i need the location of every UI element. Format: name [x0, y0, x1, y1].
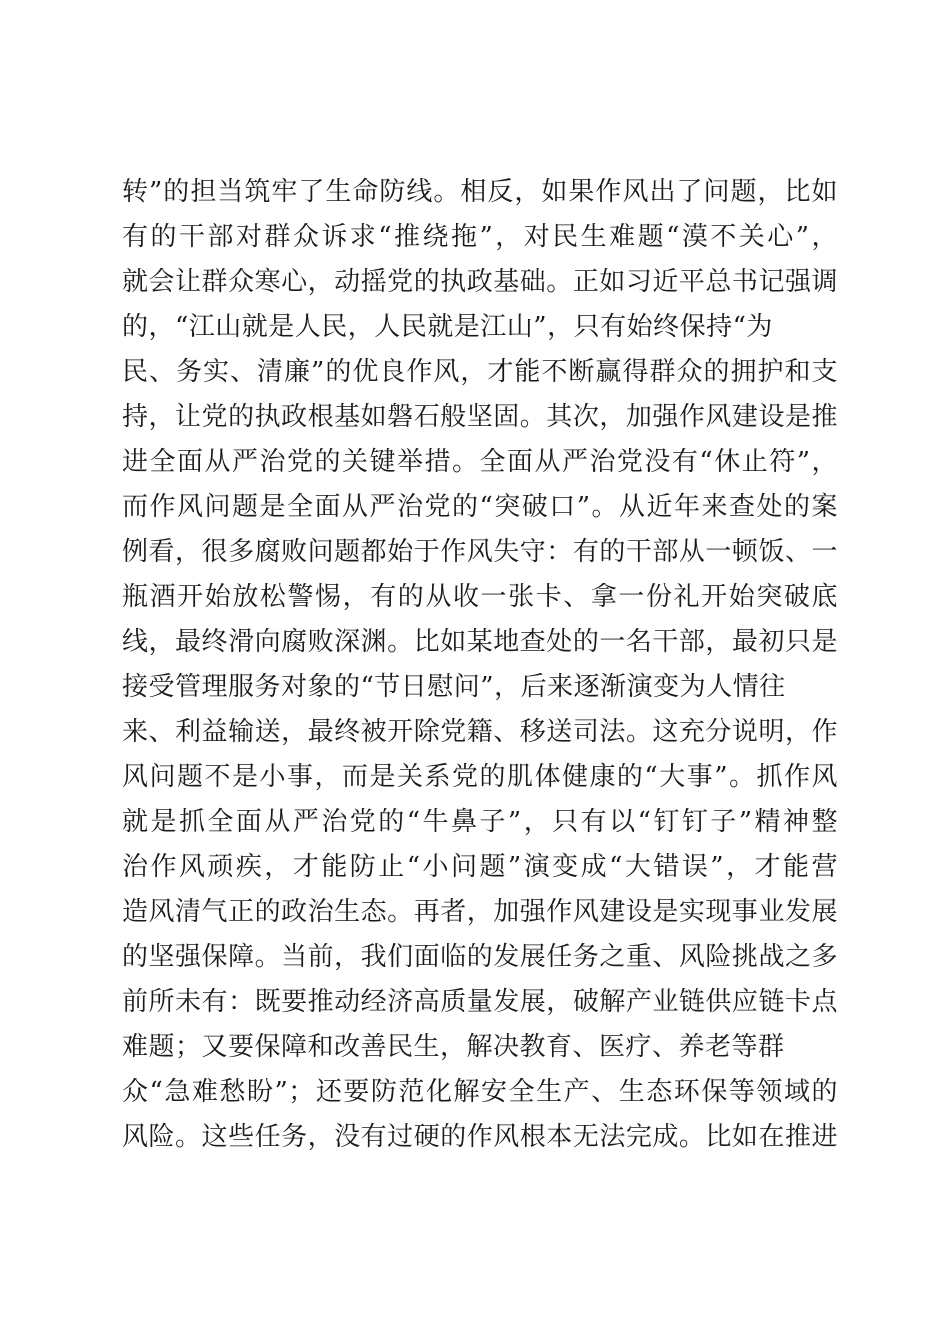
text-line: 的，“江山就是人民，人民就是江山”，只有始终保持“为 [122, 305, 838, 350]
text-line: 造风清气正的政治生态。再者，加强作风建设是实现事业发展 [122, 890, 838, 935]
text-line: 转”的担当筑牢了生命防线。相反，如果作风出了问题，比如 [122, 170, 838, 215]
text-line: 进全面从严治党的关键举措。全面从严治党没有“休止符”， [122, 440, 838, 485]
text-line: 前所未有：既要推动经济高质量发展，破解产业链供应链卡点 [122, 980, 838, 1025]
text-line: 难题；又要保障和改善民生，解决教育、医疗、养老等群 [122, 1025, 838, 1070]
text-line: 例看，很多腐败问题都始于作风失守：有的干部从一顿饭、一 [122, 530, 838, 575]
text-line: 民、务实、清廉”的优良作风，才能不断赢得群众的拥护和支 [122, 350, 838, 395]
text-line: 持，让党的执政根基如磐石般坚固。其次，加强作风建设是推 [122, 395, 838, 440]
text-line: 就是抓全面从严治党的“牛鼻子”，只有以“钉钉子”精神整 [122, 800, 838, 845]
text-line: 有的干部对群众诉求“推绕拖”，对民生难题“漠不关心”， [122, 215, 838, 260]
paragraph-text: 转”的担当筑牢了生命防线。相反，如果作风出了问题，比如 有的干部对群众诉求“推绕… [122, 170, 838, 1160]
text-line: 线，最终滑向腐败深渊。比如某地查处的一名干部，最初只是 [122, 620, 838, 665]
text-line: 治作风顽疾，才能防止“小问题”演变成“大错误”，才能营 [122, 845, 838, 890]
text-line: 瓶酒开始放松警惕，有的从收一张卡、拿一份礼开始突破底 [122, 575, 838, 620]
text-line: 接受管理服务对象的“节日慰问”，后来逐渐演变为人情往 [122, 665, 838, 710]
text-line: 而作风问题是全面从严治党的“突破口”。从近年来查处的案 [122, 485, 838, 530]
document-page: 转”的担当筑牢了生命防线。相反，如果作风出了问题，比如 有的干部对群众诉求“推绕… [0, 0, 950, 1344]
text-line: 风问题不是小事，而是关系党的肌体健康的“大事”。抓作风 [122, 755, 838, 800]
text-line: 就会让群众寒心，动摇党的执政基础。正如习近平总书记强调 [122, 260, 838, 305]
text-line: 的坚强保障。当前，我们面临的发展任务之重、风险挑战之多 [122, 935, 838, 980]
text-line: 来、利益输送，最终被开除党籍、移送司法。这充分说明，作 [122, 710, 838, 755]
text-line: 风险。这些任务，没有过硬的作风根本无法完成。比如在推进 [122, 1115, 838, 1160]
text-line: 众“急难愁盼”；还要防范化解安全生产、生态环保等领域的 [122, 1070, 838, 1115]
